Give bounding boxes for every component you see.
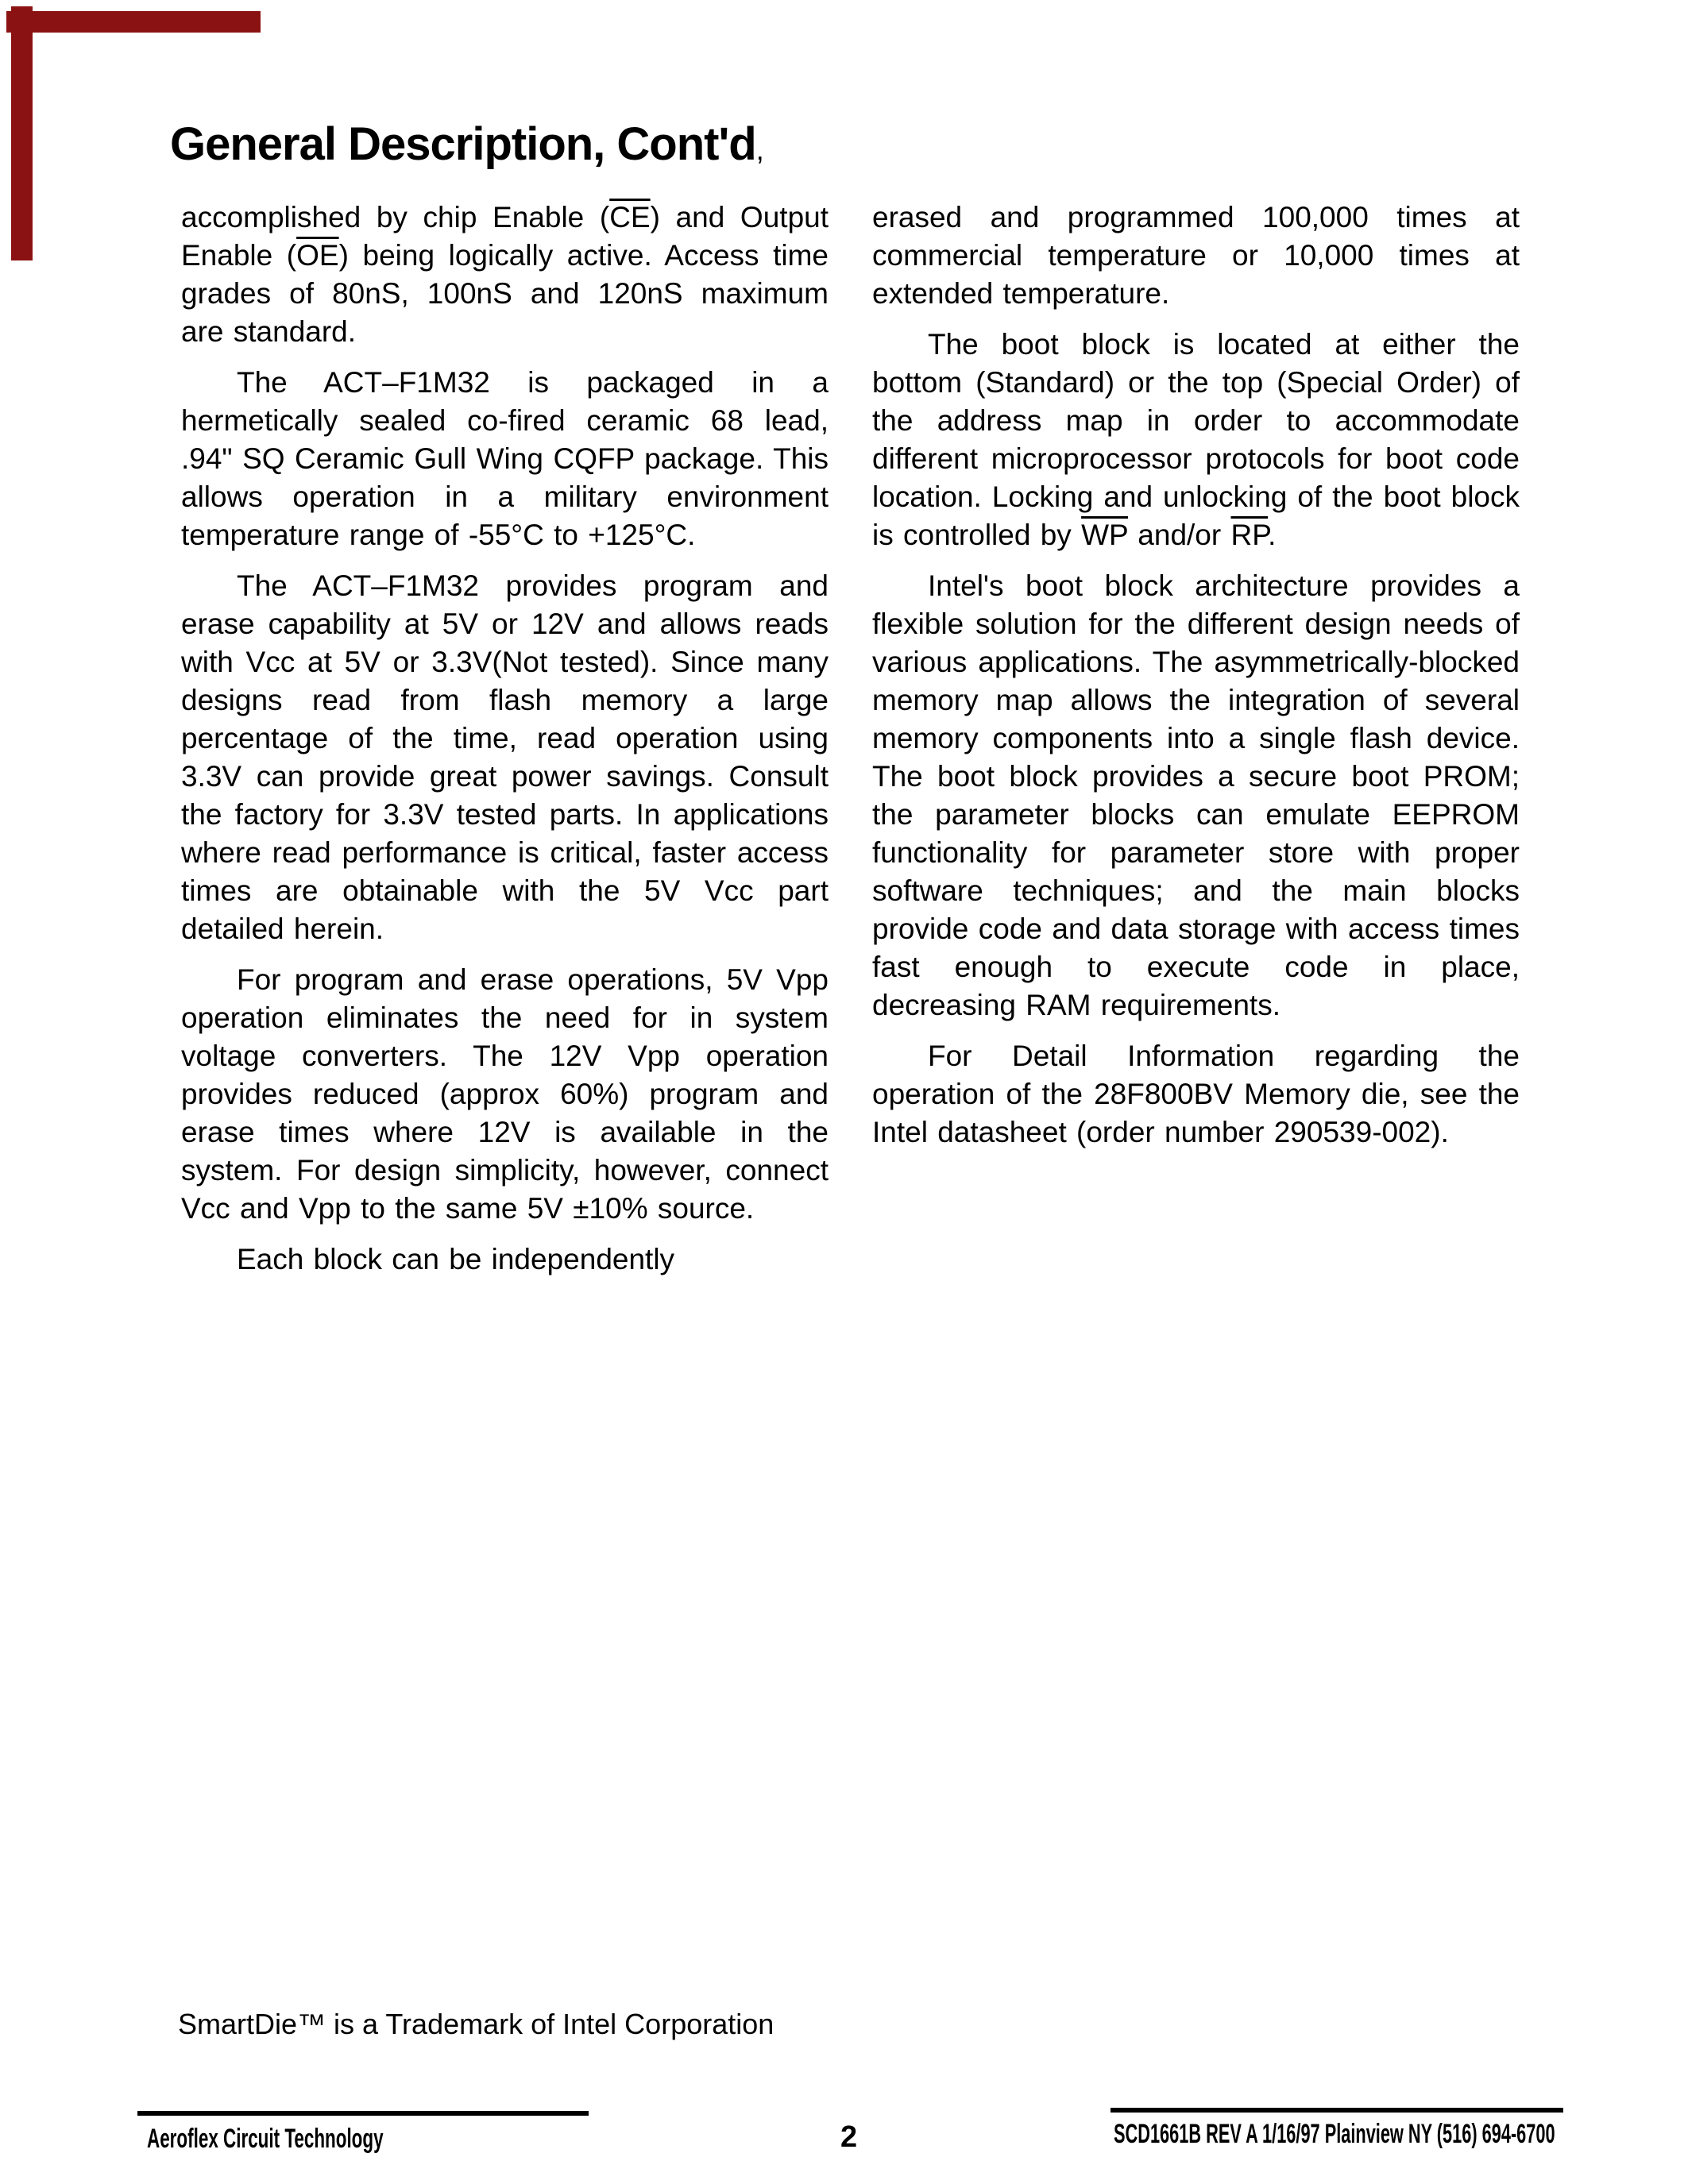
paragraph: The ACT–F1M32 provides program and erase… (181, 567, 829, 948)
two-column-body: accomplished by chip Enable (CE) and Out… (181, 199, 1520, 1291)
text-run: The ACT–F1M32 is packaged in a hermetica… (181, 366, 829, 551)
footer-document-info: SCD1661B REV A 1/16/97 Plainview NY (516… (1114, 2119, 1555, 2150)
left-column: accomplished by chip Enable (CE) and Out… (181, 199, 829, 1291)
page-title-trailing-comma: , (756, 133, 763, 166)
paragraph: The boot block is located at either the … (872, 326, 1520, 554)
paragraph: accomplished by chip Enable (CE) and Out… (181, 199, 829, 351)
page-title-text: General Description, Cont'd (170, 118, 756, 170)
paragraph: Intel's boot block architecture provides… (872, 567, 1520, 1024)
footer-rule-right (1111, 2108, 1563, 2113)
right-column: erased and programmed 100,000 times at c… (872, 199, 1520, 1291)
page-title: General Description, Cont'd, (170, 118, 763, 171)
paragraph: The ACT–F1M32 is packaged in a hermetica… (181, 364, 829, 554)
text-run: For program and erase operations, 5V Vpp… (181, 963, 829, 1225)
document-page: General Description, Cont'd, accomplishe… (0, 0, 1688, 2184)
text-run: Each block can be independently (237, 1243, 674, 1275)
overlined-signal-name: CE (609, 201, 650, 233)
footer-company-name: Aeroflex Circuit Technology (147, 2124, 384, 2155)
paragraph: Each block can be independently (181, 1241, 829, 1279)
text-run: erased and programmed 100,000 times at c… (872, 201, 1520, 310)
paragraph: For Detail Information regarding the ope… (872, 1037, 1520, 1152)
text-run: . (1268, 519, 1276, 551)
text-run: The ACT–F1M32 provides program and erase… (181, 569, 829, 945)
text-run: Intel's boot block architecture provides… (872, 569, 1520, 1021)
trademark-note: SmartDie™ is a Trademark of Intel Corpor… (178, 2008, 774, 2041)
text-run: For Detail Information regarding the ope… (872, 1040, 1520, 1148)
paragraph: For program and erase operations, 5V Vpp… (181, 961, 829, 1228)
text-run: accomplished by chip Enable ( (181, 201, 609, 233)
overlined-signal-name: OE (296, 239, 338, 272)
footer-page-number: 2 (840, 2120, 857, 2155)
overlined-signal-name: RP (1231, 519, 1269, 551)
footer-rule-left (137, 2111, 589, 2116)
text-run: The boot block is located at either the … (872, 328, 1520, 551)
text-run: and/or (1128, 519, 1230, 551)
overlined-signal-name: WP (1081, 519, 1128, 551)
paragraph: erased and programmed 100,000 times at c… (872, 199, 1520, 313)
corner-registration-mark-vertical (11, 6, 33, 260)
corner-registration-mark-horizontal (6, 11, 261, 33)
